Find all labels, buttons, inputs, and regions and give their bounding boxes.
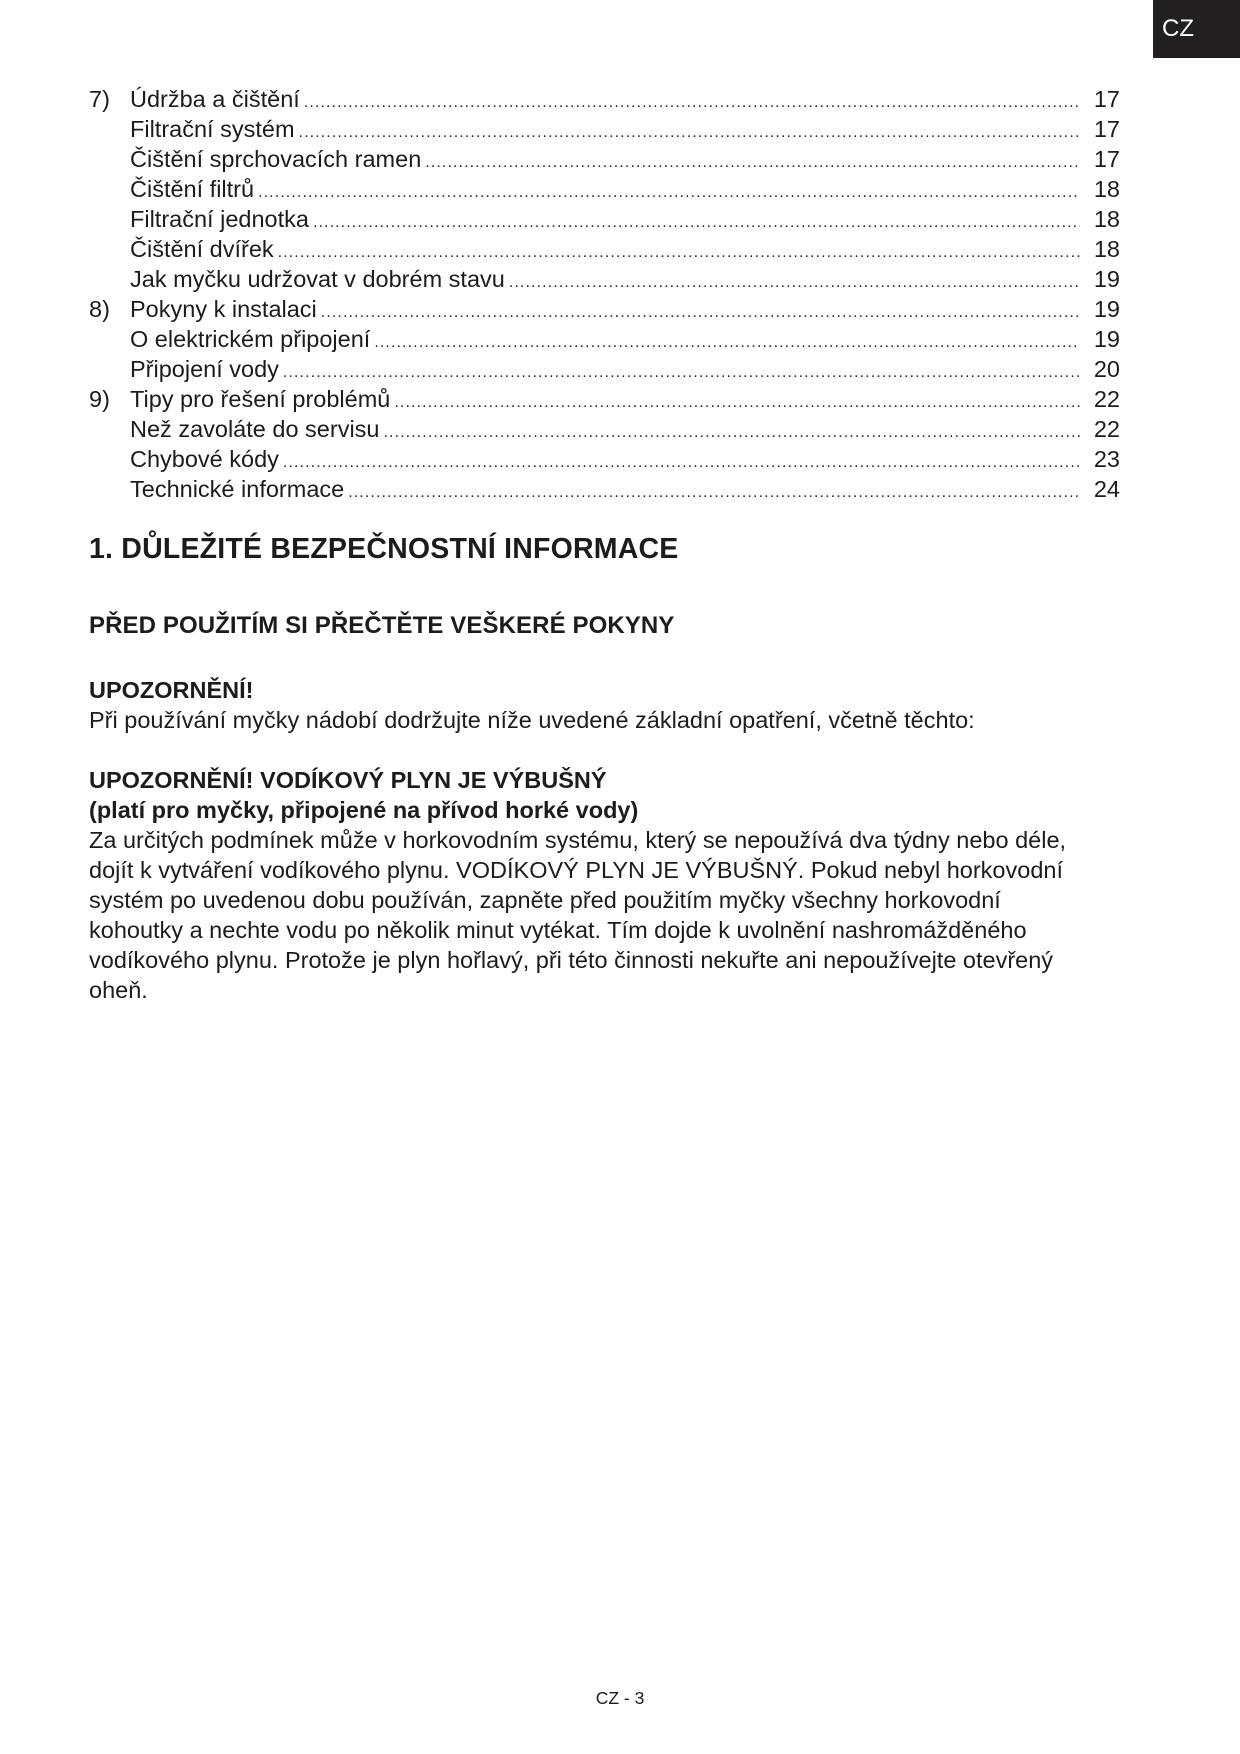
- toc-entry[interactable]: Filtrační systém........................…: [89, 114, 1120, 144]
- toc-entry[interactable]: Čištění dvířek..........................…: [89, 234, 1120, 264]
- warning-heading: UPOZORNĚNÍ!: [89, 675, 1139, 705]
- toc-entry[interactable]: 9)Tipy pro řešení problémů..............…: [89, 384, 1120, 414]
- toc-entry[interactable]: Chybové kódy............................…: [89, 444, 1120, 474]
- warning-general: UPOZORNĚNÍ! Při používání myčky nádobí d…: [89, 675, 1139, 735]
- toc-leader-dots: ........................................…: [348, 478, 1080, 508]
- language-tab: CZ: [1153, 0, 1240, 58]
- toc-title: Údržba a čištění: [130, 84, 304, 114]
- language-code: CZ: [1162, 15, 1194, 43]
- warning-paragraph: Za určitých podmínek může v horkovodním …: [89, 825, 1139, 1005]
- paragraph-line: dojít k vytváření vodíkového plynu. VODÍ…: [89, 855, 1139, 885]
- toc-title: Čištění filtrů: [130, 174, 258, 204]
- toc-entry[interactable]: Jak myčku udržovat v dobrém stavu.......…: [89, 264, 1120, 294]
- toc-title: Jak myčku udržovat v dobrém stavu: [130, 264, 509, 294]
- toc-page-number: 17: [1090, 84, 1120, 114]
- toc-page-number: 18: [1090, 234, 1120, 264]
- paragraph-line: vodíkového plynu. Protože je plyn hořlav…: [89, 945, 1139, 975]
- toc-page-number: 22: [1090, 384, 1120, 414]
- toc-entry[interactable]: Čištění filtrů..........................…: [89, 174, 1120, 204]
- section-title: 1. DŮLEŽITÉ BEZPEČNOSTNÍ INFORMACE: [89, 533, 679, 566]
- toc-entry[interactable]: Čištění sprchovacích ramen..............…: [89, 144, 1120, 174]
- warning-text: Při používání myčky nádobí dodržujte níž…: [89, 705, 1139, 735]
- toc-page-number: 24: [1090, 474, 1120, 504]
- toc-entry[interactable]: O elektrickém připojení.................…: [89, 324, 1120, 354]
- toc-entry[interactable]: 7)Údržba a čištění......................…: [89, 84, 1120, 114]
- toc-title: Filtrační systém: [130, 114, 299, 144]
- toc-page-number: 22: [1090, 414, 1120, 444]
- toc-title: Než zavoláte do servisu: [130, 414, 383, 444]
- toc-entry[interactable]: Filtrační jednotka......................…: [89, 204, 1120, 234]
- toc-number: 9): [89, 384, 129, 414]
- toc-page-number: 17: [1090, 114, 1120, 144]
- toc-title: Filtrační jednotka: [130, 204, 313, 234]
- paragraph-line: systém po uvedenou dobu používán, zapnět…: [89, 885, 1139, 915]
- toc-page-number: 19: [1090, 294, 1120, 324]
- page-number: CZ - 3: [0, 1688, 1240, 1709]
- warning-heading: UPOZORNĚNÍ! VODÍKOVÝ PLYN JE VÝBUŠNÝ: [89, 765, 1139, 795]
- toc-page-number: 19: [1090, 264, 1120, 294]
- toc-entry[interactable]: Připojení vody..........................…: [89, 354, 1120, 384]
- toc-page-number: 20: [1090, 354, 1120, 384]
- toc-page-number: 18: [1090, 174, 1120, 204]
- section-subtitle: PŘED POUŽITÍM SI PŘEČTĚTE VEŠKERÉ POKYNY: [89, 612, 674, 640]
- toc-title: Tipy pro řešení problémů: [130, 384, 394, 414]
- toc-number: 7): [89, 84, 129, 114]
- toc-entry[interactable]: Než zavoláte do servisu.................…: [89, 414, 1120, 444]
- toc-title: Technické informace: [130, 474, 348, 504]
- toc-page-number: 19: [1090, 324, 1120, 354]
- toc-title: Pokyny k instalaci: [130, 294, 321, 324]
- toc-title: Čištění sprchovacích ramen: [130, 144, 425, 174]
- toc-entry[interactable]: Technické informace.....................…: [89, 474, 1120, 504]
- toc-page-number: 18: [1090, 204, 1120, 234]
- table-of-contents: 7)Údržba a čištění......................…: [89, 84, 1120, 504]
- toc-page-number: 17: [1090, 144, 1120, 174]
- toc-title: Čištění dvířek: [130, 234, 278, 264]
- toc-page-number: 23: [1090, 444, 1120, 474]
- toc-title: Připojení vody: [130, 354, 283, 384]
- warning-hydrogen: UPOZORNĚNÍ! VODÍKOVÝ PLYN JE VÝBUŠNÝ (pl…: [89, 765, 1139, 1005]
- warning-subheading: (platí pro myčky, připojené na přívod ho…: [89, 795, 1139, 825]
- toc-number: 8): [89, 294, 129, 324]
- paragraph-line: Za určitých podmínek může v horkovodním …: [89, 825, 1139, 855]
- toc-title: O elektrickém připojení: [130, 324, 374, 354]
- toc-entry[interactable]: 8)Pokyny k instalaci....................…: [89, 294, 1120, 324]
- paragraph-line: oheň.: [89, 975, 1139, 1005]
- toc-title: Chybové kódy: [130, 444, 283, 474]
- paragraph-line: kohoutky a nechte vodu po několik minut …: [89, 915, 1139, 945]
